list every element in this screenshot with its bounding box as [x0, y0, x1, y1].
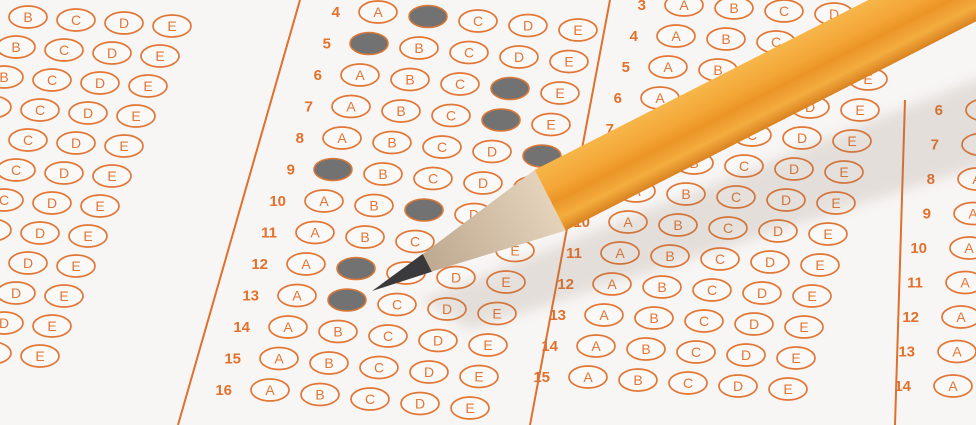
bubble-letter: B — [633, 372, 642, 388]
bubble-letter: E — [83, 228, 92, 244]
bubble-letter: E — [799, 319, 808, 335]
bubble-letter: A — [337, 130, 347, 146]
bubble-letter: E — [807, 288, 816, 304]
bubble-letter: B — [324, 355, 333, 371]
bubble-letter: C — [691, 344, 701, 360]
bubble-letter: E — [855, 102, 864, 118]
filled-bubble-D[interactable] — [482, 109, 520, 131]
bubble-letter: D — [741, 347, 751, 363]
bubble-letter: A — [583, 369, 593, 385]
question-number: 12 — [251, 256, 268, 273]
bubble-letter: B — [360, 229, 369, 245]
bubble-letter: A — [292, 288, 302, 304]
bubble-letter: D — [415, 396, 425, 412]
bubble-B[interactable] — [0, 96, 11, 118]
question-row-left-16: 16ABCDE — [0, 333, 59, 367]
bubble-letter: C — [446, 108, 456, 124]
question-row-left-5: 5ABCDE — [0, 3, 191, 37]
bubble-letter: C — [71, 12, 81, 28]
bubble-letter: E — [483, 337, 492, 353]
bubble-letter: E — [815, 257, 824, 273]
bubble-letter: D — [433, 333, 443, 349]
answer-sheet-photo: 5ABCDE6ABCDE7ABCDE8ABCDE9ABCDE10ABCDE11A… — [0, 0, 976, 425]
bubble-letter: B — [0, 69, 9, 85]
bubble-letter: C — [392, 297, 402, 313]
bubble-letter: E — [564, 54, 573, 70]
question-number: 4 — [630, 28, 639, 45]
bubble-letter: B — [315, 387, 324, 403]
question-row-left-6: 6ABCDE — [0, 33, 179, 67]
question-row-far-right-14: 14ABCDE — [894, 375, 976, 405]
question-number: 15 — [533, 369, 550, 386]
bubble-letter: D — [0, 315, 9, 331]
question-number: 14 — [233, 319, 250, 336]
bubble-letter: C — [473, 13, 483, 29]
bubble-letter: A — [591, 338, 601, 354]
bubble-letter: B — [11, 39, 20, 55]
bubble-letter: A — [972, 171, 976, 187]
question-number: 8 — [296, 130, 304, 147]
question-number: 4 — [332, 4, 341, 21]
bubble-letter: D — [523, 18, 533, 34]
bubble-letter: D — [47, 195, 57, 211]
bubble-letter: C — [383, 328, 393, 344]
bubble-letter: D — [71, 135, 81, 151]
bubble-letter: D — [83, 105, 93, 121]
bubble-letter: A — [964, 240, 974, 256]
bubble-letter: D — [424, 364, 434, 380]
bubble-letter: A — [319, 193, 329, 209]
bubble-letter: D — [11, 285, 21, 301]
bubble-letter: D — [733, 378, 743, 394]
bubble-letter: C — [365, 391, 375, 407]
bubble-letter: A — [599, 307, 609, 323]
bubble-letter: D — [23, 255, 33, 271]
bubble-letter: D — [765, 254, 775, 270]
question-row-left-9: 9ABCDE — [0, 123, 143, 157]
bubble-letter: A — [301, 256, 311, 272]
question-number: 11 — [261, 225, 277, 242]
question-number: 5 — [323, 36, 331, 53]
bubble-letter: E — [35, 348, 44, 364]
bubble-letter: B — [23, 9, 32, 25]
bubble-letter: B — [414, 40, 423, 56]
bubble-letter: D — [487, 144, 497, 160]
bubble-letter: A — [283, 319, 293, 335]
bubble-letter: E — [131, 108, 140, 124]
filled-bubble-A[interactable] — [314, 159, 352, 181]
question-row-right-15: 15ABCDE — [533, 366, 807, 400]
question-number: 9 — [287, 162, 295, 179]
bubble-letter: B — [378, 166, 387, 182]
question-number: 10 — [910, 240, 927, 257]
bubble-letter: B — [405, 72, 414, 88]
filled-bubble-D[interactable] — [491, 78, 529, 100]
bubble-letter: B — [333, 324, 342, 340]
bubble-letter: E — [474, 369, 483, 385]
bubble-letter: E — [167, 18, 176, 34]
question-number: 12 — [902, 309, 919, 326]
bubble-letter: C — [35, 102, 45, 118]
question-number: 7 — [305, 99, 313, 116]
bubble-letter: A — [679, 0, 689, 13]
question-number: 13 — [898, 344, 915, 361]
question-row-right-14: 14ABCDE — [541, 335, 815, 369]
bubble-letter: C — [47, 72, 57, 88]
question-number: 15 — [224, 351, 241, 368]
bubble-letter: B — [657, 279, 666, 295]
bubble-letter: E — [783, 381, 792, 397]
bubble-letter: C — [0, 192, 9, 208]
bubble-letter: C — [715, 251, 725, 267]
bubble-letter: A — [960, 275, 970, 291]
bubble-letter: C — [428, 171, 438, 187]
bubble-letter: A — [310, 225, 320, 241]
bubble-letter: E — [71, 258, 80, 274]
bubble-letter: C — [23, 132, 33, 148]
question-number: 10 — [269, 193, 286, 210]
question-row-left-12: 12ABCDE — [0, 213, 107, 247]
question-row-middle-16: 16ABCDE — [215, 379, 489, 419]
bubble-C[interactable] — [0, 219, 11, 241]
filled-bubble-B[interactable] — [337, 258, 375, 280]
bubble-letter: B — [396, 103, 405, 119]
bubble-letter: E — [95, 198, 104, 214]
question-row-right-13: 13ABCDE — [549, 304, 823, 338]
bubble-letter: A — [948, 378, 958, 394]
question-number: 11 — [907, 275, 923, 292]
bubble-letter: D — [451, 270, 461, 286]
bubble-letter: D — [749, 316, 759, 332]
question-row-left-10: 10ABCDE — [0, 153, 131, 187]
bubble-letter: A — [355, 67, 365, 83]
question-row-far-right-11: 11ABCDE — [907, 272, 976, 302]
bubble-letter: B — [641, 341, 650, 357]
question-number: 6 — [614, 90, 622, 107]
bubble-letter: C — [437, 139, 447, 155]
filled-bubble-C[interactable] — [405, 199, 443, 221]
question-number: 3 — [638, 0, 646, 14]
bubble-letter: C — [374, 360, 384, 376]
bubble-letter: B — [649, 310, 658, 326]
bubble-letter: C — [410, 234, 420, 250]
question-number: 6 — [314, 67, 322, 84]
question-row-left-7: 7ABCDE — [0, 63, 167, 97]
question-row-far-right-12: 12ABCDE — [902, 306, 976, 336]
question-number: 13 — [242, 288, 259, 305]
bubble-letter: B — [729, 0, 738, 16]
bubble-D[interactable] — [0, 342, 11, 364]
bubble-letter: A — [663, 59, 673, 75]
bubble-letter: B — [369, 198, 378, 214]
bubble-letter: E — [555, 85, 564, 101]
bubble-letter: A — [968, 206, 976, 222]
question-row-left-14: 14ABCDE — [0, 273, 83, 307]
question-row-far-right-10: 10ABCDE — [910, 237, 976, 267]
filled-bubble-A[interactable] — [350, 33, 388, 55]
bubble-letter: E — [47, 318, 56, 334]
bubble-letter: E — [791, 350, 800, 366]
bubble-letter: A — [952, 344, 962, 360]
question-number: 16 — [215, 382, 232, 399]
bubble-letter: E — [143, 78, 152, 94]
bubble-letter: C — [11, 162, 21, 178]
bubble-letter: A — [956, 309, 966, 325]
bubble-letter: D — [514, 49, 524, 65]
bubble-letter: D — [95, 75, 105, 91]
answer-sheet-scene: 5ABCDE6ABCDE7ABCDE8ABCDE9ABCDE10ABCDE11A… — [0, 0, 976, 425]
bubble-letter: E — [107, 168, 116, 184]
bubble-letter: A — [671, 28, 681, 44]
bubble-letter: D — [757, 285, 767, 301]
question-row-far-right-9: 9ABCDE — [923, 203, 976, 233]
bubble-letter: A — [274, 351, 284, 367]
bubble-letter: D — [478, 175, 488, 191]
bubble-letter: C — [455, 76, 465, 92]
bubble-letter: E — [155, 48, 164, 64]
bubble-letter: A — [373, 4, 383, 20]
question-number: 5 — [622, 59, 630, 76]
bubble-letter: D — [107, 45, 117, 61]
question-number: 9 — [923, 206, 931, 223]
question-row-left-13: 13ABCDE — [0, 243, 95, 277]
bubble-letter: D — [59, 165, 69, 181]
bubble-letter: A — [346, 99, 356, 115]
bubble-letter: C — [683, 375, 693, 391]
question-row-left-15: 15ABCDE — [0, 303, 71, 337]
question-row-left-8: 8ABCDE — [0, 93, 155, 127]
filled-bubble-B[interactable] — [409, 6, 447, 28]
bubble-letter: E — [823, 226, 832, 242]
bubble-letter: A — [655, 90, 665, 106]
bubble-letter: D — [797, 130, 807, 146]
question-row-far-right-13: 13ABCDE — [898, 341, 976, 371]
bubble-letter: D — [119, 15, 129, 31]
bubble-letter: E — [546, 117, 555, 133]
question-row-left-11: 11ABCDE — [0, 183, 119, 217]
bubble-letter: C — [707, 282, 717, 298]
bubble-letter: B — [387, 135, 396, 151]
bubble-letter: E — [573, 22, 582, 38]
bubble-letter: D — [35, 225, 45, 241]
bubble-letter: B — [721, 31, 730, 47]
bubble-letter: C — [779, 3, 789, 19]
bubble-letter: E — [465, 400, 474, 416]
bubble-letter: E — [59, 288, 68, 304]
bubble-letter: E — [119, 138, 128, 154]
bubble-letter: C — [699, 313, 709, 329]
bubble-letter: C — [464, 45, 474, 61]
bubble-letter: A — [265, 382, 275, 398]
bubble-letter: C — [59, 42, 69, 58]
filled-bubble-B[interactable] — [328, 289, 366, 311]
